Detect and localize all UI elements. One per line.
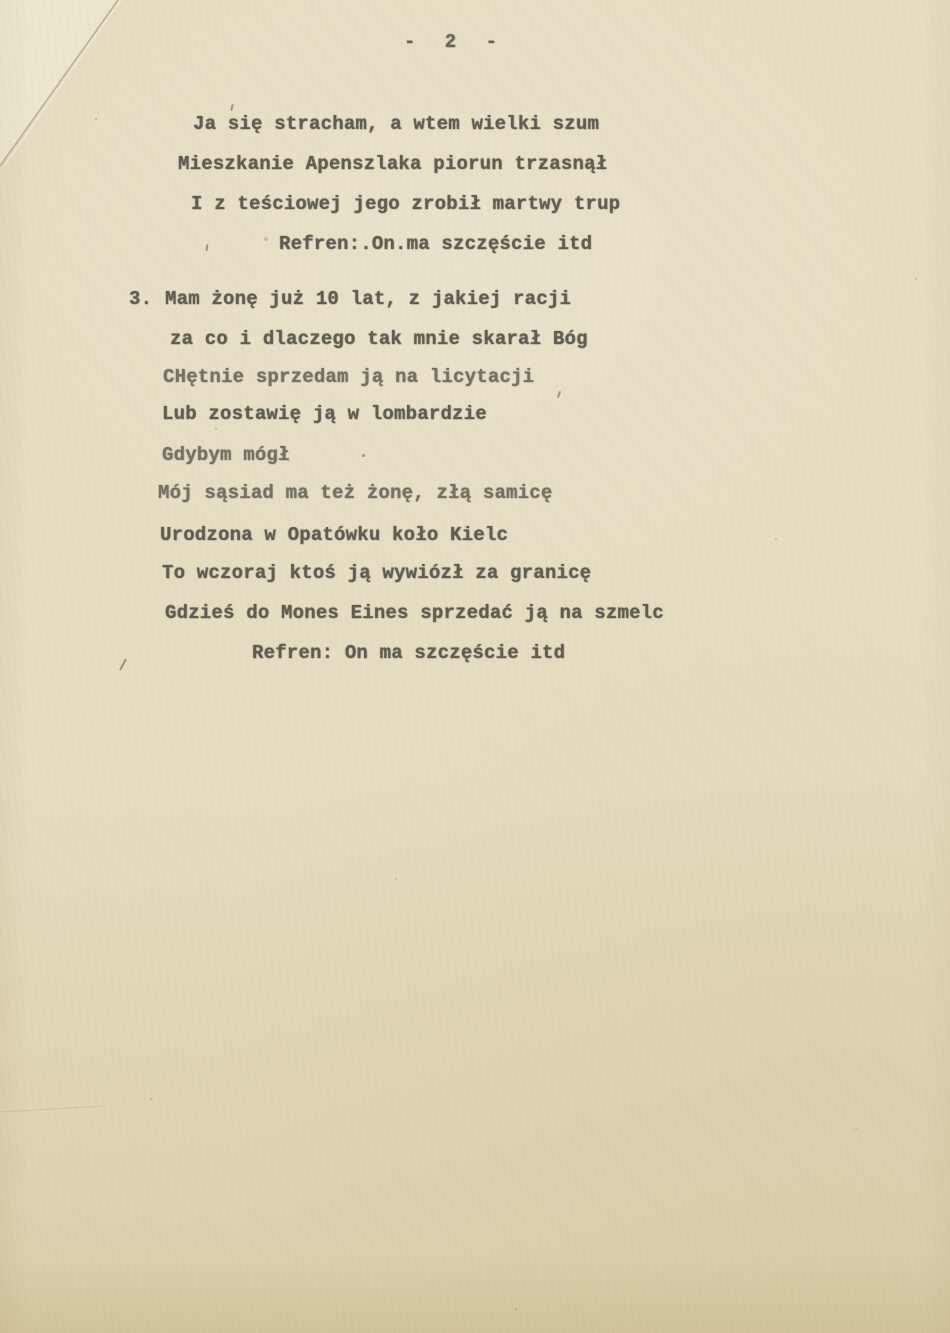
stanza-marker: 3. (129, 287, 152, 311)
verse-line: Mój sąsiad ma też żonę, złą samicę (158, 481, 552, 505)
ink-speck (362, 454, 365, 457)
verse-line: Lub zostawię ją w lombardzie (162, 402, 487, 426)
page-number: - 2 - (404, 30, 506, 54)
verse-line: CHętnie sprzedam ją na licytacji (163, 365, 534, 389)
verse-line: Gdzieś do Mones Eines sprzedać ją na szm… (165, 601, 664, 625)
refrain-line: Refren: On ma szczęście itd (252, 641, 565, 665)
paper-speck (95, 118, 97, 120)
verse-line: Urodzona w Opatówku koło Kielc (160, 523, 508, 547)
verse-line: za co i dlaczego tak mnie skarał Bóg (170, 327, 588, 351)
verse-line: To wczoraj ktoś ją wywiózł za granicę (162, 561, 591, 585)
verse-line: Mam żonę już 10 lat, z jakiej racji (165, 287, 571, 311)
verse-line: Gdybym mógł (162, 443, 290, 467)
verse-line: Mieszkanie Apenszlaka piorun trzasnął (178, 152, 607, 176)
paper-page: - 2 - Ja się stracham, a wtem wielki szu… (0, 0, 950, 1333)
refrain-line: Refren:.On.ma szczęście itd (279, 232, 592, 256)
verse-line: Ja się stracham, a wtem wielki szum (193, 112, 599, 136)
verse-line: I z teściowej jego zrobił martwy trup (191, 192, 620, 216)
